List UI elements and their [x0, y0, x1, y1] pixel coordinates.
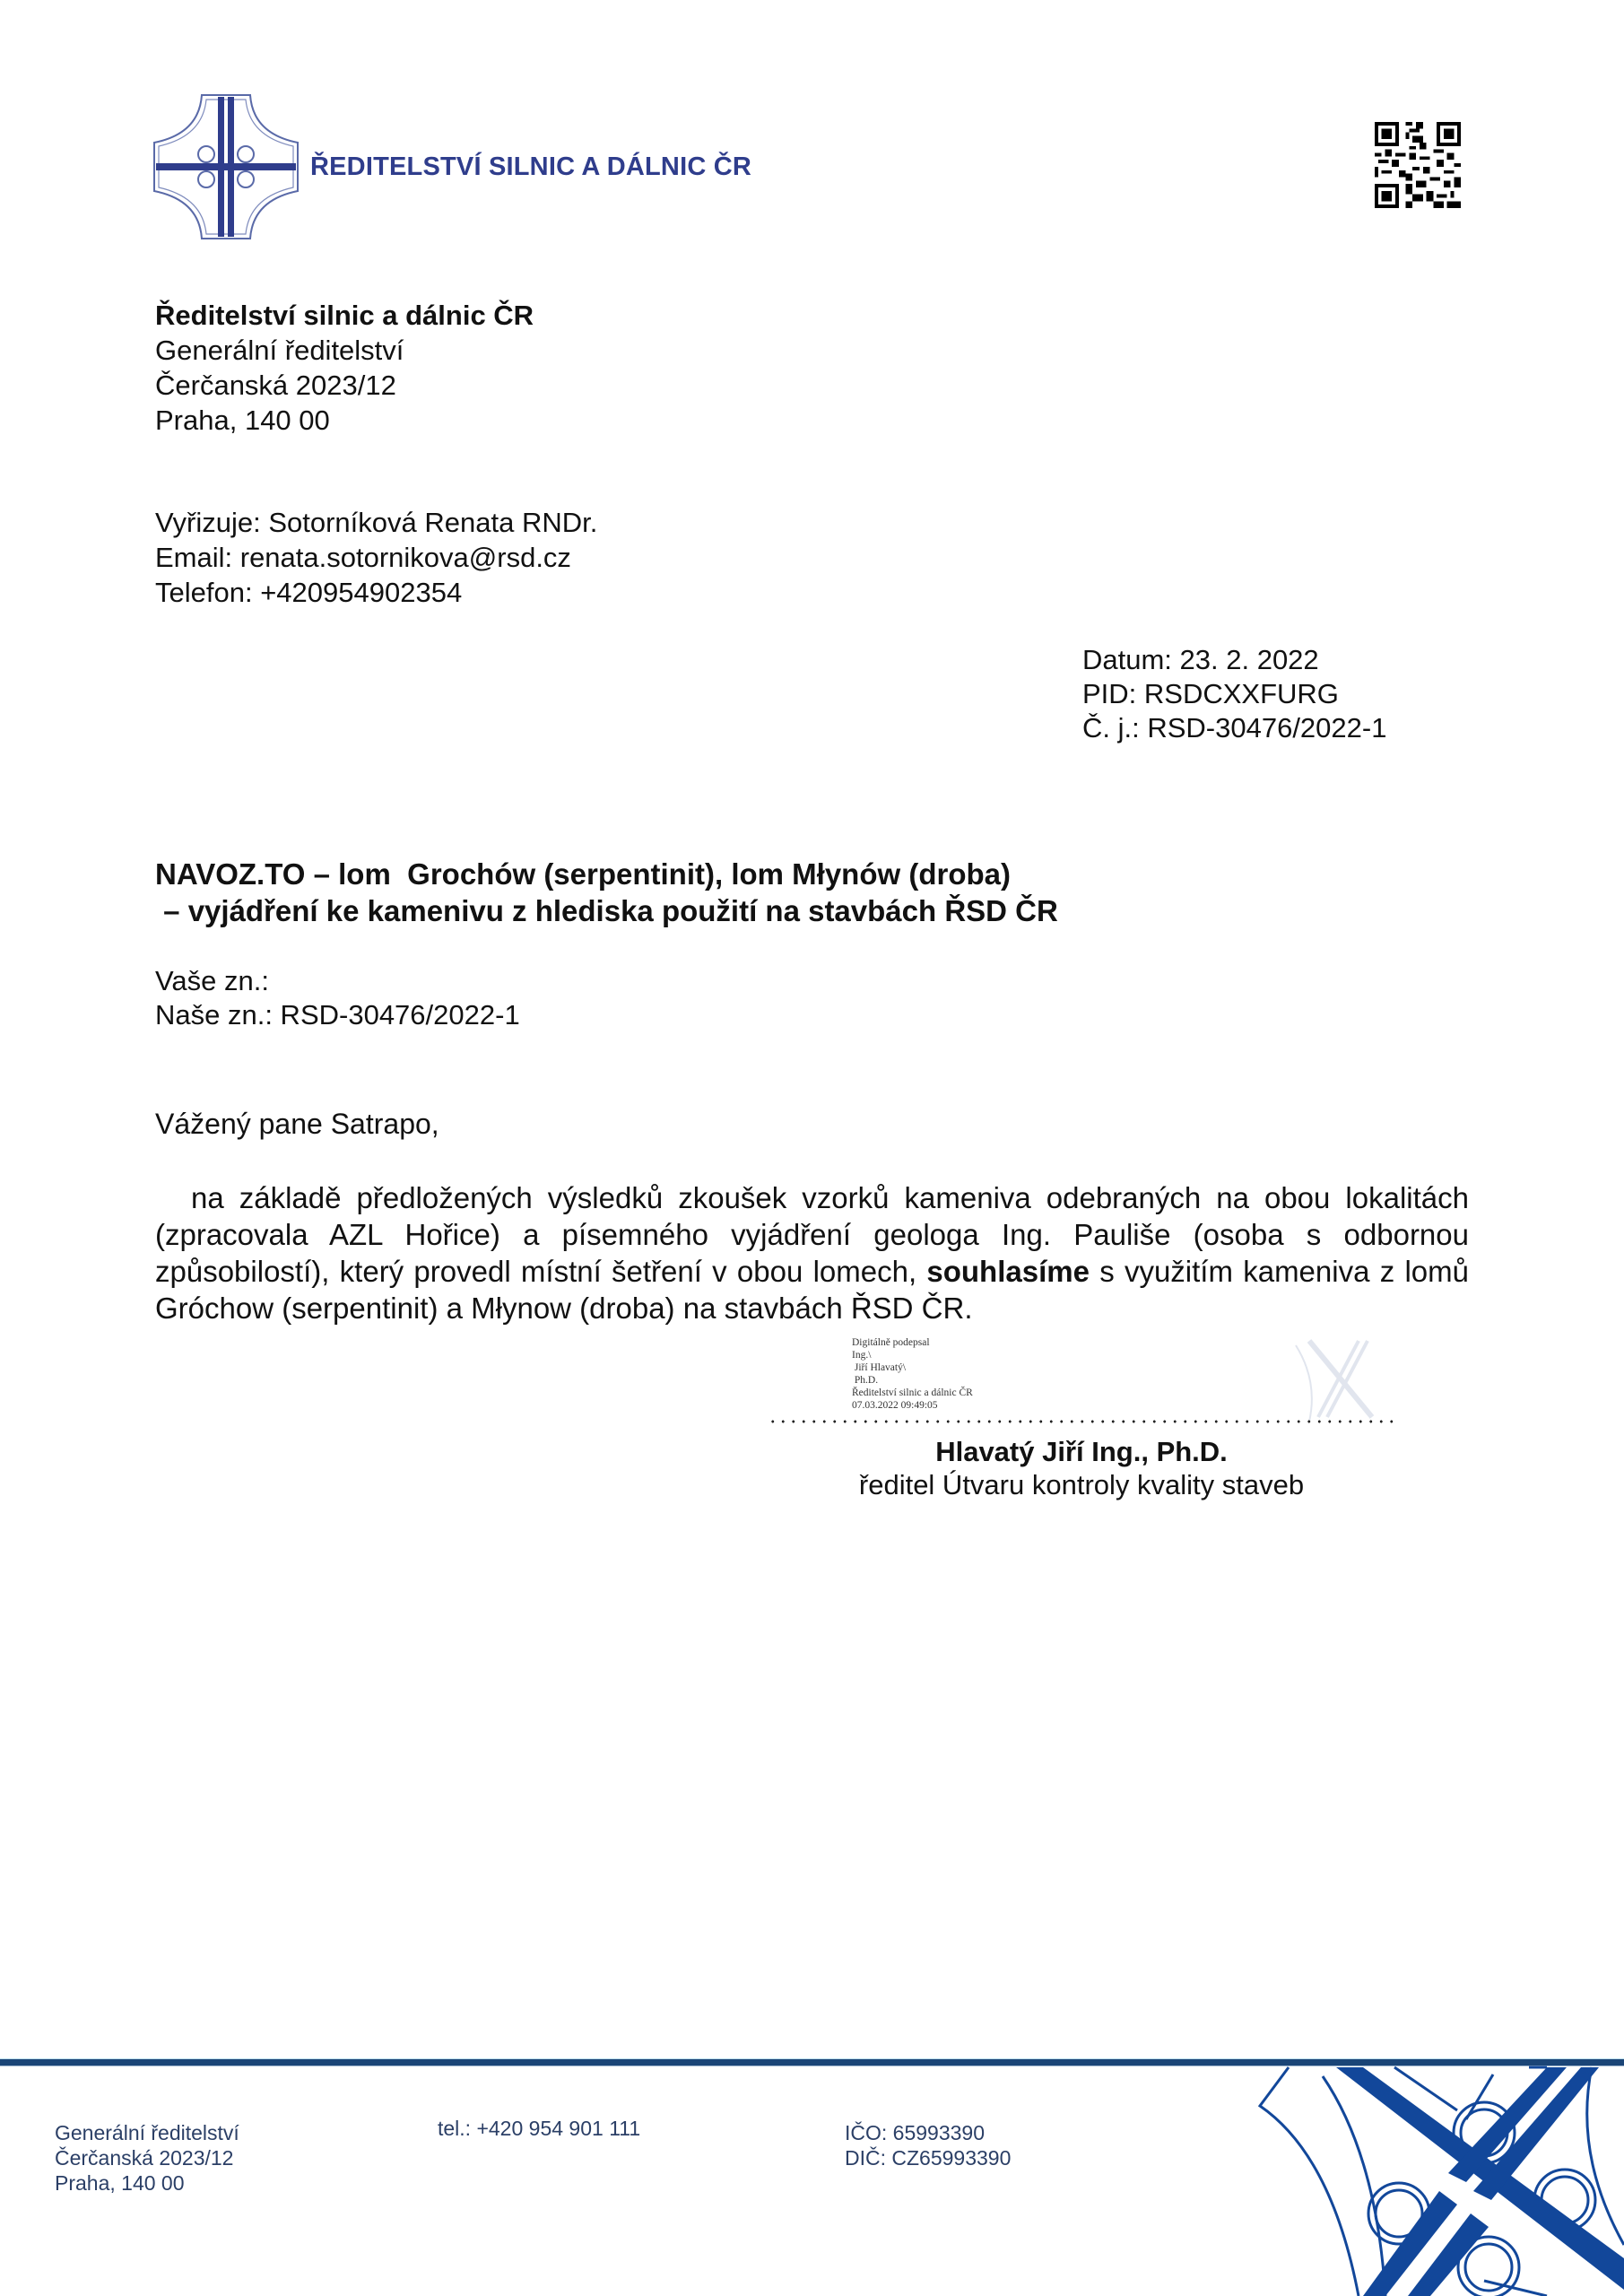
stamp-line: Jiří Hlavatý\	[852, 1361, 973, 1374]
contact-email[interactable]: Email: renata.sotornikova@rsd.cz	[155, 540, 597, 575]
stamp-line: Ředitelství silnic a dálnic ČR	[852, 1387, 973, 1399]
rsd-footer-logo-icon	[1251, 2066, 1624, 2296]
footer-dic: DIČ: CZ65993390	[845, 2145, 1011, 2170]
our-reference: Naše zn.: RSD-30476/2022-1	[155, 998, 520, 1032]
contact-phone: Telefon: +420954902354	[155, 575, 597, 610]
digital-signature-stamp[interactable]: Digitálně podepsal Ing.\ Jiří Hlavatý\ P…	[852, 1336, 973, 1412]
sender-address-block: Ředitelství silnic a dálnic ČR Generální…	[155, 298, 534, 438]
stamp-line: Ing.\	[852, 1349, 973, 1361]
handled-by: Vyřizuje: Sotorníková Renata RNDr.	[155, 505, 597, 540]
subject-line-2: – vyjádření ke kamenivu z hlediska použi…	[155, 892, 1058, 929]
document-meta-block: Datum: 23. 2. 2022 PID: RSDCXXFURG Č. j.…	[1082, 643, 1386, 745]
document-date: Datum: 23. 2. 2022	[1082, 643, 1386, 677]
subject-line-1: NAVOZ.TO – lom Grochów (serpentinit), lo…	[155, 856, 1058, 892]
stamp-line: Digitálně podepsal	[852, 1336, 973, 1349]
salutation: Vážený pane Satrapo,	[155, 1108, 439, 1141]
signer-role: ředitel Útvaru kontroly kvality staveb	[768, 1468, 1395, 1501]
organization-wordmark: ŘEDITELSTVÍ SILNIC A DÁLNIC ČR	[310, 152, 751, 182]
footer-address: Generální ředitelství Čerčanská 2023/12 …	[55, 2120, 239, 2196]
footer-address-line: Čerčanská 2023/12	[55, 2145, 239, 2170]
signer-name: Hlavatý Jiří Ing., Ph.D.	[768, 1435, 1395, 1468]
footer-phone: tel.: +420 954 901 111	[438, 2116, 640, 2141]
signature-dotted-line	[768, 1419, 1395, 1424]
footer-ico: IČO: 65993390	[845, 2120, 1011, 2145]
footer-company-ids: IČO: 65993390 DIČ: CZ65993390	[845, 2120, 1011, 2170]
contact-block: Vyřizuje: Sotorníková Renata RNDr. Email…	[155, 505, 597, 610]
signature-watermark-icon	[1291, 1336, 1381, 1422]
letter-subject: NAVOZ.TO – lom Grochów (serpentinit), lo…	[155, 856, 1058, 929]
stamp-line: 07.03.2022 09:49:05	[852, 1399, 973, 1412]
sender-name: Ředitelství silnic a dálnic ČR	[155, 298, 534, 333]
footer-divider	[0, 2059, 1624, 2066]
sender-city: Praha, 140 00	[155, 403, 534, 438]
your-reference: Vaše zn.:	[155, 964, 520, 998]
sender-department: Generální ředitelství	[155, 333, 534, 368]
sender-street: Čerčanská 2023/12	[155, 368, 534, 403]
signer-block: Hlavatý Jiří Ing., Ph.D. ředitel Útvaru …	[768, 1435, 1395, 1501]
footer-address-line: Generální ředitelství	[55, 2120, 239, 2145]
qr-code-icon	[1375, 122, 1461, 208]
stamp-line: Ph.D.	[852, 1374, 973, 1387]
rsd-logo-icon	[152, 93, 300, 240]
document-pid: PID: RSDCXXFURG	[1082, 677, 1386, 711]
footer-address-line: Praha, 140 00	[55, 2170, 239, 2196]
reference-block: Vaše zn.: Naše zn.: RSD-30476/2022-1	[155, 964, 520, 1032]
letter-body: na základě předložených výsledků zkoušek…	[155, 1179, 1469, 1326]
body-text-agreement: souhlasíme	[926, 1255, 1090, 1288]
document-reference-number: Č. j.: RSD-30476/2022-1	[1082, 711, 1386, 745]
